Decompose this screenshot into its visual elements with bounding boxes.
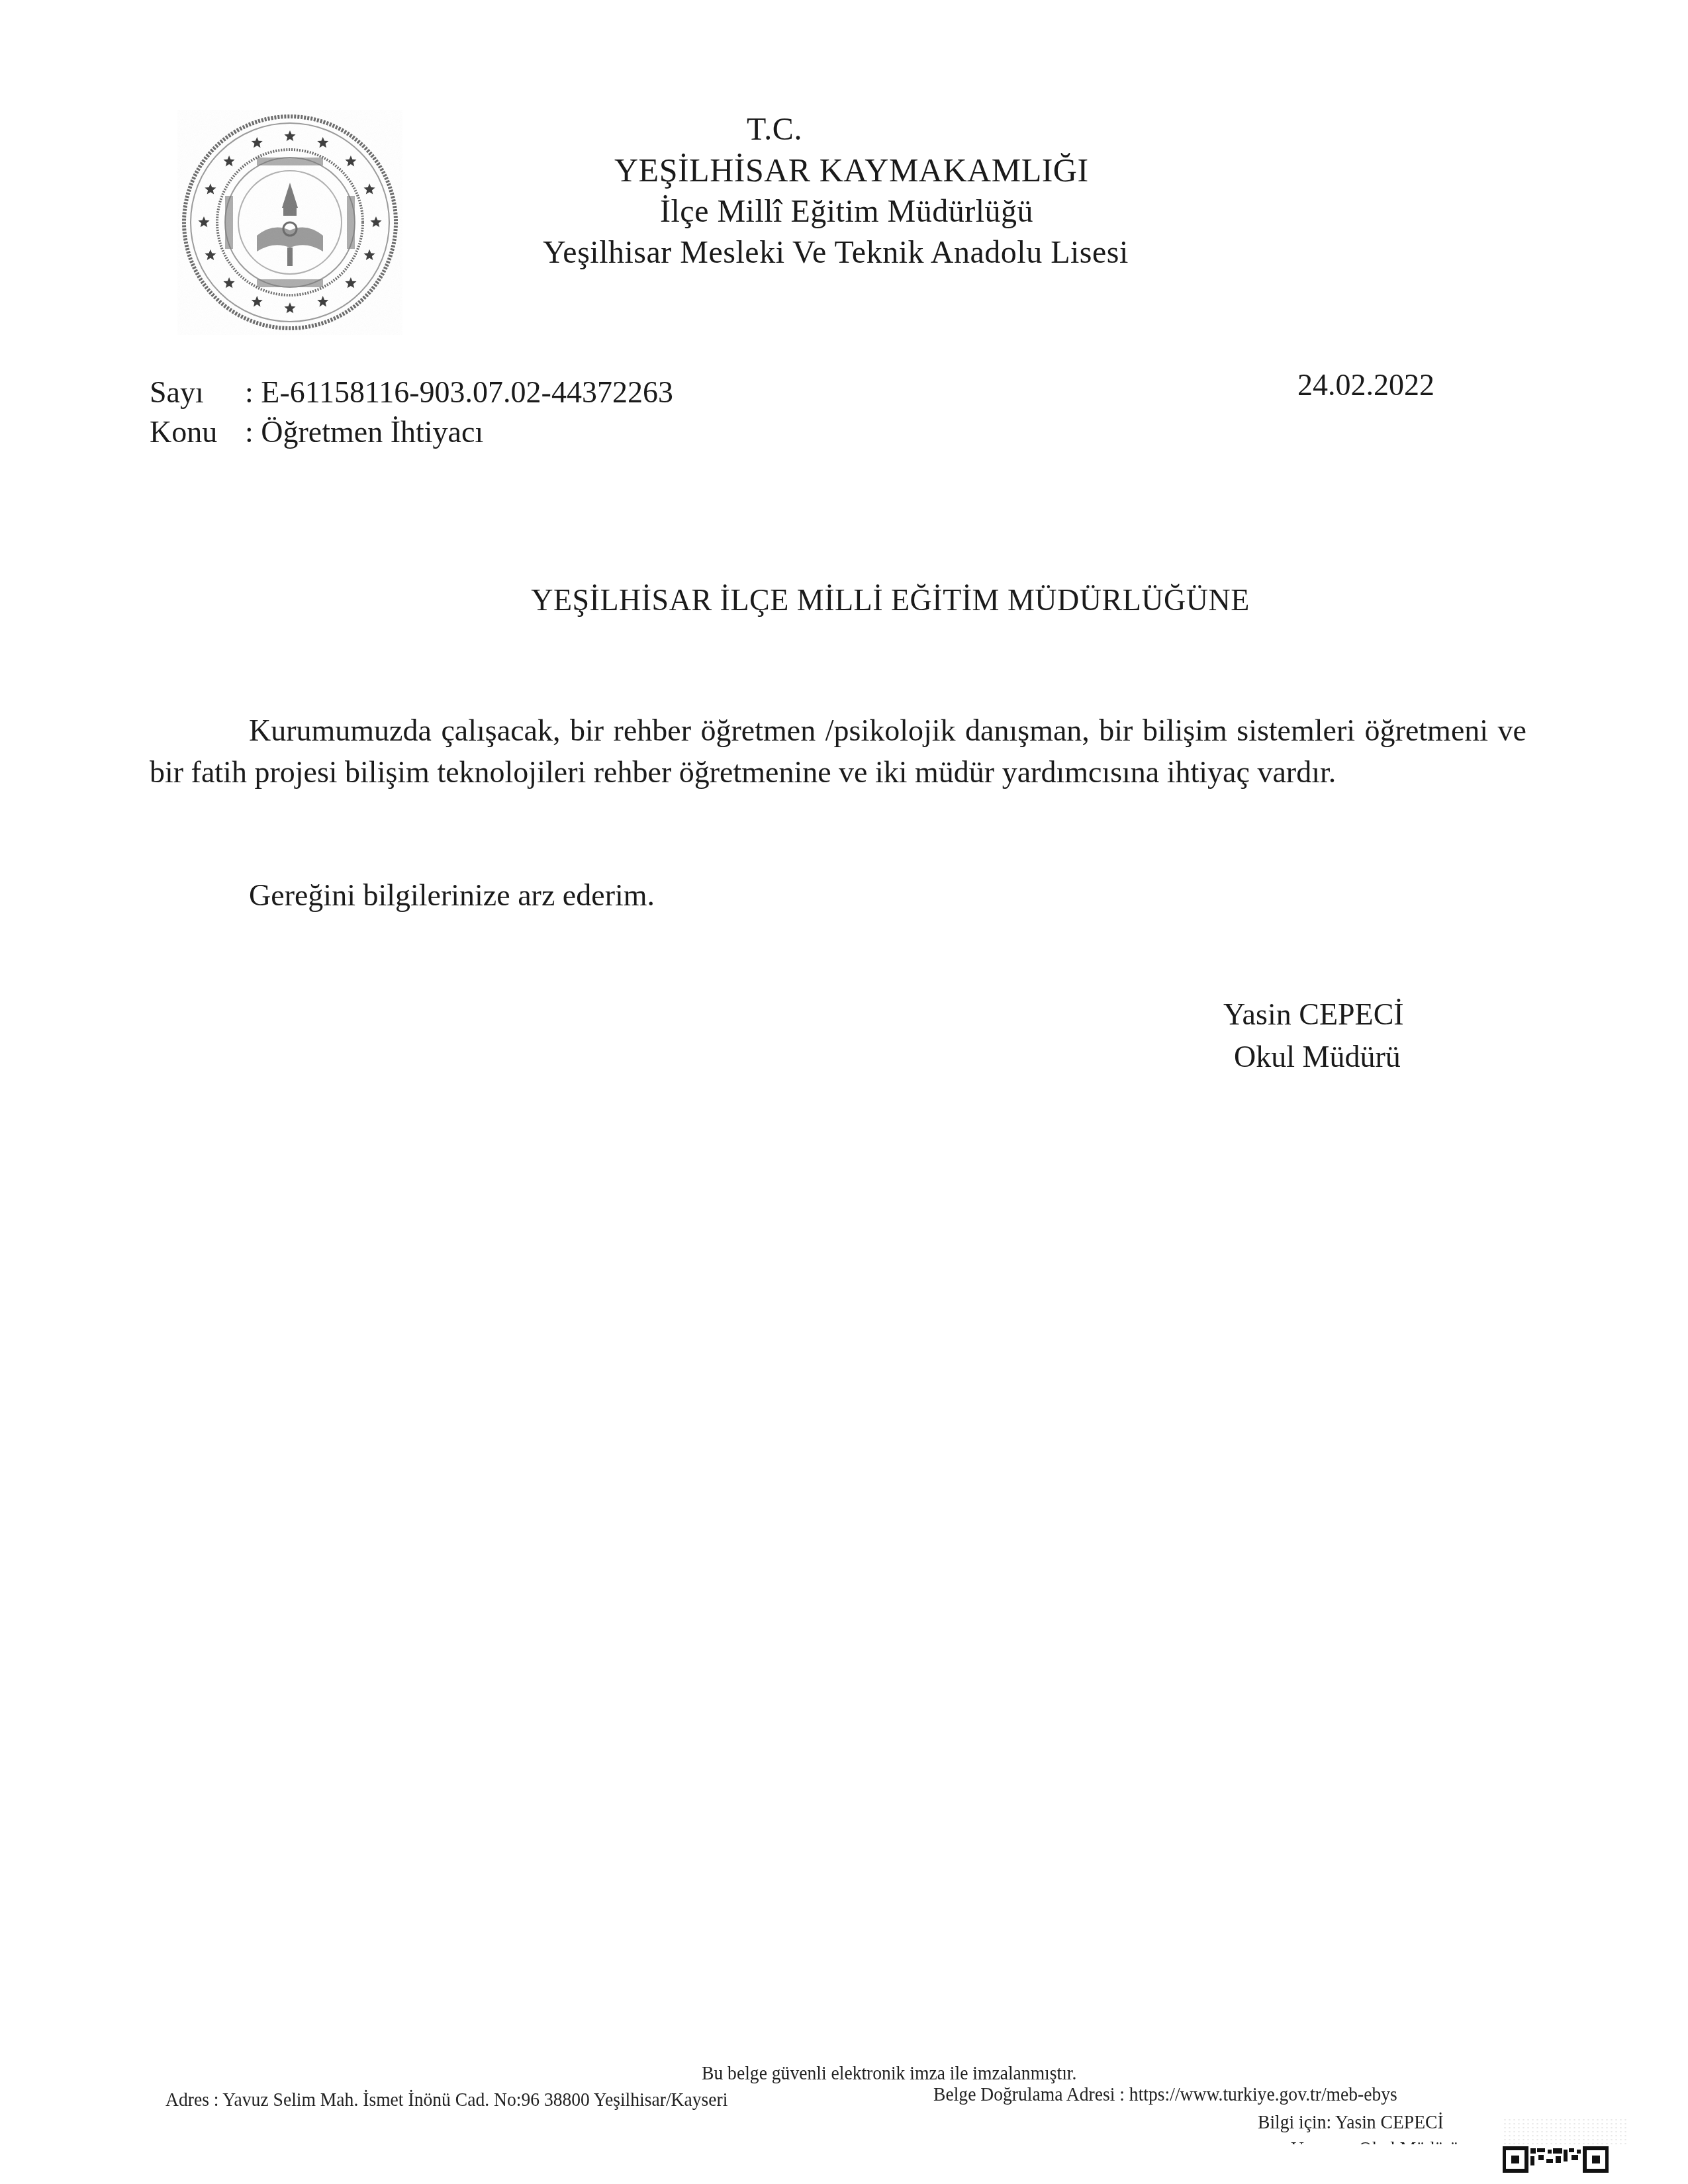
header-directorate: İlçe Millî Eğitim Müdürlüğü	[649, 196, 1112, 228]
sayi-value: : E-61158116-903.07.02-44372263	[245, 377, 673, 408]
sayi-label: Sayı	[150, 377, 204, 408]
meb-seal-icon	[177, 110, 402, 335]
qr-background-noise	[1503, 2118, 1628, 2144]
header-governorship: YEŞİLHİSAR KAYMAKAMLIĞI	[576, 154, 1172, 187]
footer-address: Adres : Yavuz Selim Mah. İsmet İnönü Cad…	[165, 2090, 727, 2110]
signatory-title: Okul Müdürü	[1234, 1039, 1401, 1074]
header-school: Yeşilhisar Mesleki Ve Teknik Anadolu Lis…	[543, 237, 1205, 269]
body-paragraph: Kurumumuzda çalışacak, bir rehber öğretm…	[150, 709, 1526, 793]
verification-url[interactable]: Belge Doğrulama Adresi : https://www.tur…	[933, 2085, 1397, 2105]
konu-value: : Öğretmen İhtiyacı	[245, 417, 483, 447]
contact-info: Bilgi için: Yasin CEPECİ	[1258, 2113, 1444, 2132]
konu-label: Konu	[150, 417, 217, 447]
addressee: YEŞİLHİSAR İLÇE MİLLİ EĞİTİM MÜDÜRLÜĞÜNE	[0, 582, 1688, 617]
esign-notice: Bu belge güvenli elektronik imza ile imz…	[702, 2064, 1076, 2083]
signatory-name: Yasin CEPECİ	[1223, 997, 1404, 1032]
closing-line: Gereğini bilgilerinize arz ederim.	[249, 878, 655, 913]
document-date: 24.02.2022	[1297, 367, 1434, 402]
header-tc: T.C.	[609, 114, 940, 146]
qr-code-icon	[1503, 2142, 1609, 2184]
footer-title-clipped: Unvanı : Okul Müdürü	[1059, 2139, 1483, 2144]
footer-title-text: Unvanı : Okul Müdürü	[1291, 2139, 1468, 2144]
